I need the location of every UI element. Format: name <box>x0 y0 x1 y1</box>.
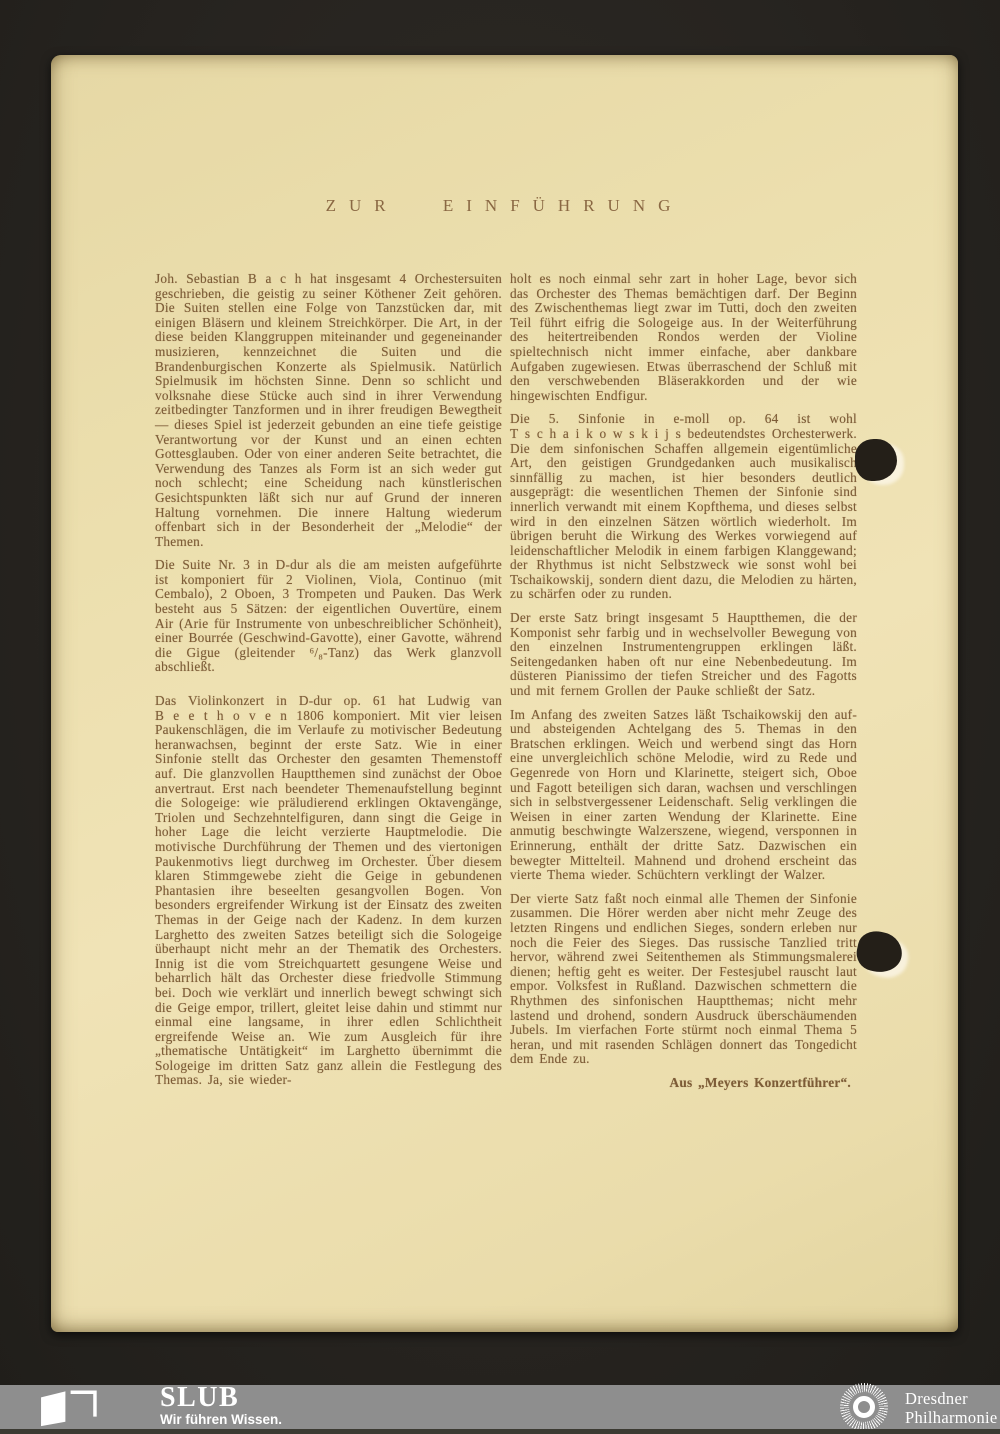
slub-tagline: Wir führen Wissen. <box>160 1412 282 1427</box>
paragraph: Der vierte Satz faßt noch einmal alle Th… <box>510 892 857 1067</box>
scan-background: ZUR EINFÜHRUNG Joh. Sebastian B a c h ha… <box>0 0 1000 1434</box>
punch-hole <box>853 928 905 976</box>
paragraph: Die Suite Nr. 3 in D-dur als die am meis… <box>155 558 502 675</box>
document-page: ZUR EINFÜHRUNG Joh. Sebastian B a c h ha… <box>51 55 958 1332</box>
slub-wordmark: SLUB <box>160 1382 239 1414</box>
philharmonie-name: Dresdner Philharmonie <box>905 1390 998 1427</box>
paragraph: Die 5. Sinfonie in e-moll op. 64 ist woh… <box>510 412 857 602</box>
philharmonie-name-line2: Philharmonie <box>905 1409 998 1428</box>
paragraph: Joh. Sebastian B a c h hat insgesamt 4 O… <box>155 272 502 549</box>
open-book-icon <box>36 1387 100 1427</box>
philharmonie-name-line1: Dresdner <box>905 1390 998 1409</box>
paragraph: Das Violinkonzert in D-dur op. 61 hat Lu… <box>155 694 502 1088</box>
sunburst-icon <box>840 1383 888 1431</box>
paragraph: Der erste Satz bringt insgesamt 5 Hauptt… <box>510 611 857 699</box>
footer-bar: SLUB Wir führen Wissen. Dresdner Philhar… <box>0 1385 1000 1429</box>
paragraph: holt es noch einmal sehr zart in hoher L… <box>510 272 857 403</box>
page-title: ZUR EINFÜHRUNG <box>51 196 958 216</box>
text-column-right: holt es noch einmal sehr zart in hoher L… <box>510 272 857 1099</box>
punch-hole <box>855 439 897 481</box>
text-column-left: Joh. Sebastian B a c h hat insgesamt 4 O… <box>155 272 502 1097</box>
attribution: Aus „Meyers Konzertführer“. <box>510 1076 857 1091</box>
sunburst-ring <box>853 1396 875 1418</box>
paragraph: Im Anfang des zweiten Satzes läßt Tschai… <box>510 708 857 883</box>
footer-bottom-strip <box>0 1429 1000 1434</box>
